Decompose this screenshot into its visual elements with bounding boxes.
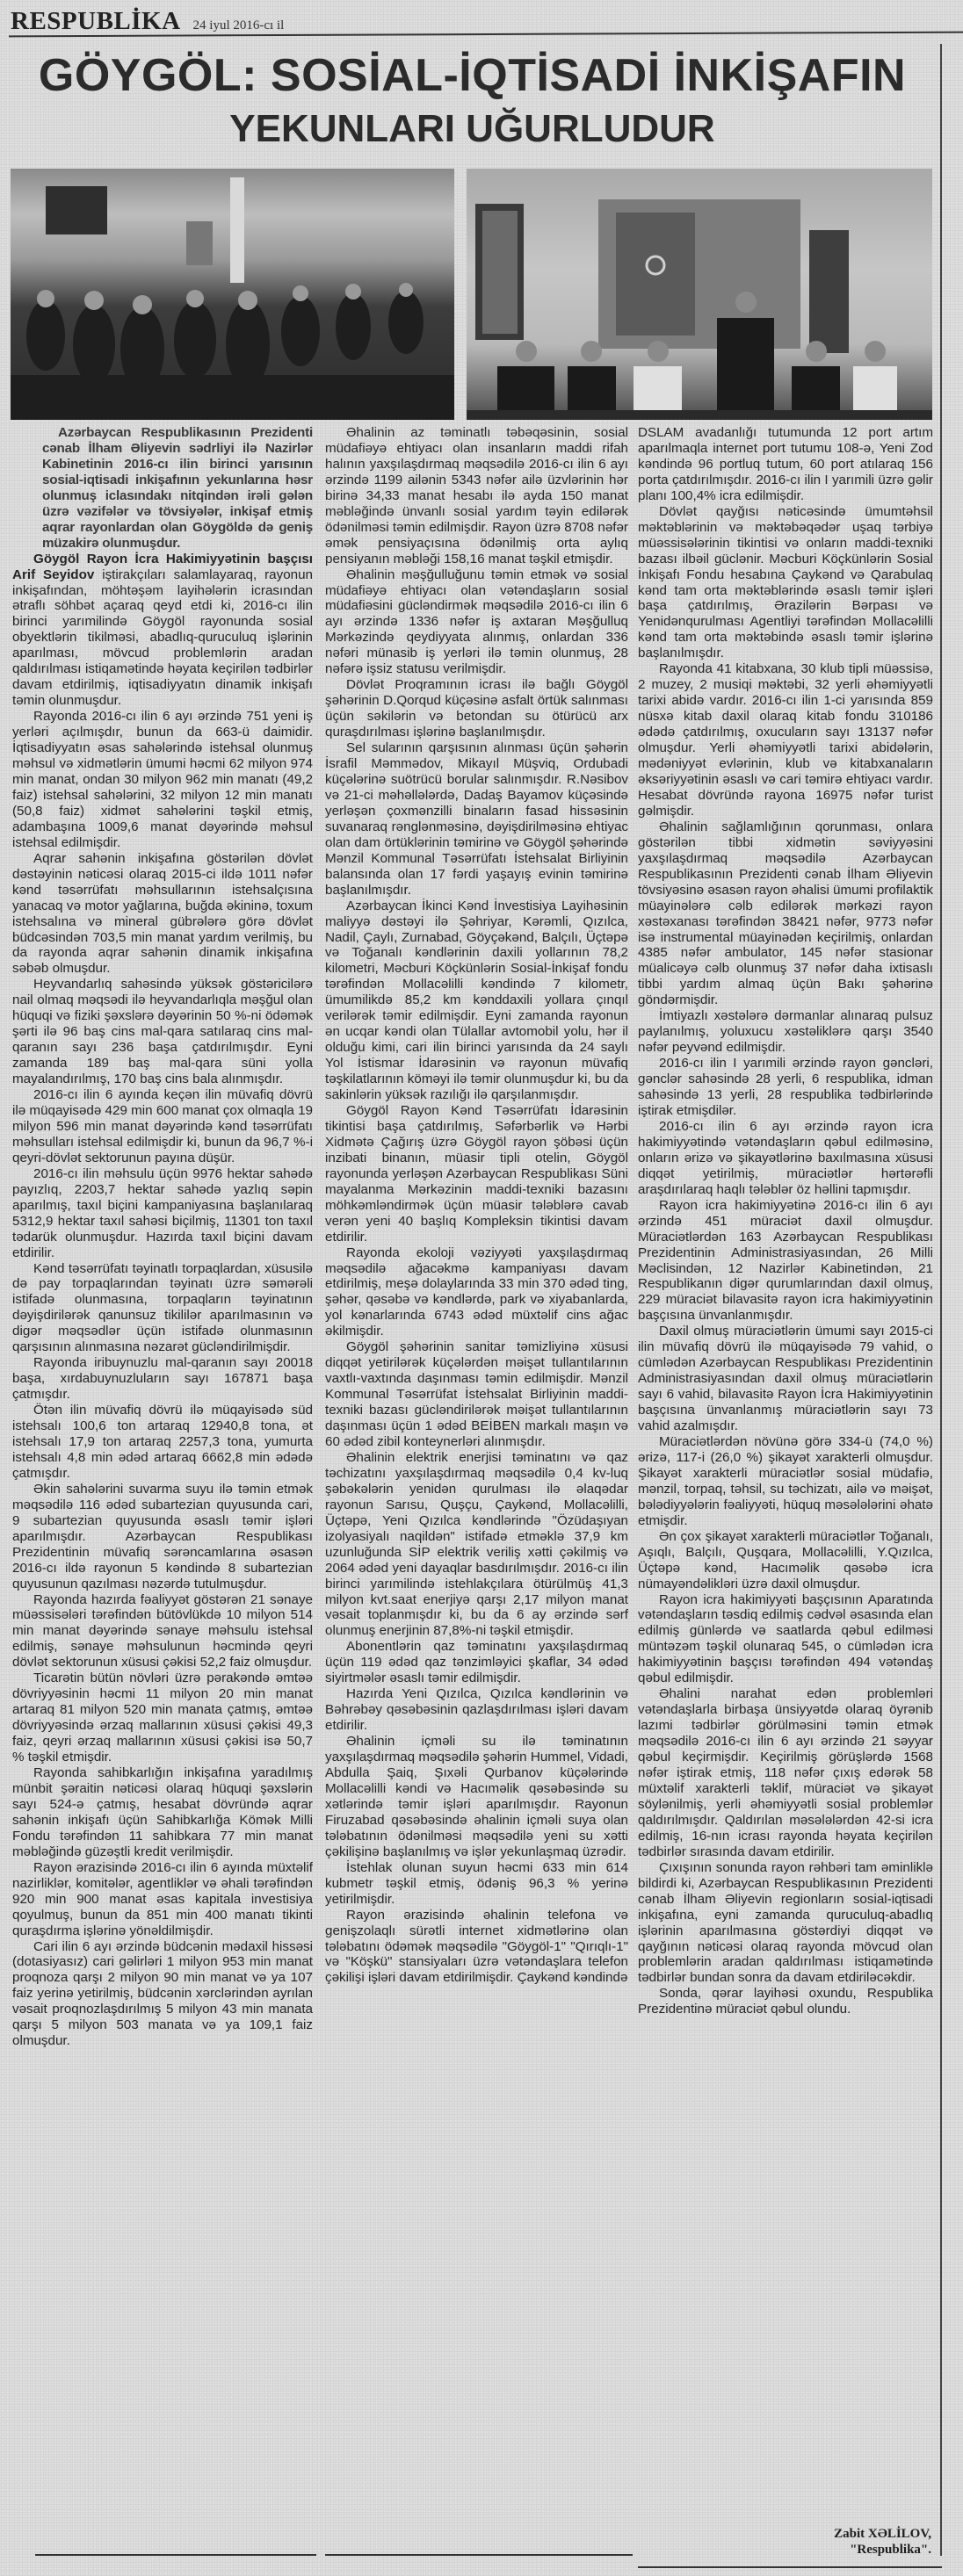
paragraph: Əhalinin məşğulluğunu təmin etmək və sos… [325,567,628,678]
paragraph: 2016-cı ilin I yarımili ərzində rayon gə… [638,1056,933,1119]
article-column-1: Azərbaycan Respublikasının Prezidenti cə… [12,425,313,2049]
paragraph: Hazırda Yeni Qızılca, Qızılca kəndlərini… [325,1686,628,1734]
issue-date: 24 iyul 2016-cı il [193,18,285,33]
paragraph: Rayonda 2016-cı ilin 6 ayı ərzində 751 y… [12,709,313,851]
outlet-name: "Respublika". [720,2542,931,2558]
photo-presidium [467,169,932,420]
paragraph: Ticarətin bütün növləri üzrə pərakəndə ə… [12,1670,313,1765]
paragraph: Daxil olmuş müraciətlərin ümumi sayı 201… [638,1324,933,1434]
article-column-2: Əhalinin az təminatlı təbəqəsinin, sosia… [325,425,628,1986]
lead-paragraph: Azərbaycan Respublikasının Prezidenti cə… [12,425,313,552]
paragraph: Əhalinin sağlamlığının qorunması, onlara… [638,819,933,1008]
intro-text: iştirakçıları salamlayaraq, rayonun inki… [12,567,313,709]
paragraph: Əkin sahələrini suvarma suyu ilə təmin e… [12,1482,313,1592]
paragraph: Göygöl şəhərinin sanitar təmizliyinə xüs… [325,1339,628,1450]
paragraph: DSLAM avadanlığı tutumunda 12 port artım… [638,425,933,504]
newspaper-name: RESPUBLİKA [11,7,181,36]
paragraph: Göygöl Rayon Kənd Təsərrüfatı İdarəsinin… [325,1103,628,1245]
bottom-rule-mid [325,2554,633,2556]
paragraph: Müraciətlərdən növünə görə 334-ü (74,0 %… [638,1434,933,1529]
headline-line-2: YEKUNLARI UĞURLUDUR [9,105,936,154]
paragraph: Rayonda sahibkarlığın inkişafına yaradıl… [12,1765,313,1860]
intro-paragraph: Göygöl Rayon İcra Hakimiyyətinin başçısı… [12,552,313,710]
paragraph: Dövlət qayğısı nəticəsində ümumtəhsil mə… [638,504,933,662]
paragraph: Azərbaycan İkinci Kənd İnvestisiya Layih… [325,898,628,1103]
byline: Zabit XƏLİLOV, "Respublika". [720,2526,931,2558]
paragraph: Ən çox şikayət xarakterli müraciətlər To… [638,1529,933,1592]
paragraph: Çıxışının sonunda rayon rəhbəri tam əmin… [638,1860,933,1987]
paragraph: 2016-cı ilin 6 ayı ərzində rayon icra ha… [638,1119,933,1198]
paragraph: Aqrar sahənin inkişafına göstərilən dövl… [12,851,313,978]
article-column-3: DSLAM avadanlığı tutumunda 12 port artım… [638,425,933,2017]
paragraph: Abonentlərin qaz təminatını yaxşılaşdırm… [325,1639,628,1686]
paragraph: İmtiyazlı xəstələrə dərmanlar alınaraq p… [638,1008,933,1056]
photo-audience [11,169,454,420]
paragraph: Sel sularının qarşısının alınması üçün ş… [325,740,628,898]
headline: GÖYGÖL: SOSİAL-İQTİSADİ İNKİŞAFIN YEKUNL… [9,48,936,154]
paragraph: Heyvandarlıq sahəsində yüksək göstəricil… [12,977,313,1087]
paragraph: 2016-cı ilin 6 ayında keçən ilin müvafiq… [12,1087,313,1166]
paragraph: Əhalinin elektrik enerjisi təminatını və… [325,1450,628,1639]
paragraph: Rayon icra hakimiyyəti başçısının Aparat… [638,1592,933,1687]
paragraph: Rayon icra hakimiyyətinə 2016-cı ilin 6 … [638,1198,933,1324]
paragraph: Ötən ilin müvafiq dövrü ilə müqayisədə s… [12,1403,313,1482]
paragraph: 2016-cı ilin məhsulu üçün 9976 hektar sa… [12,1166,313,1261]
masthead: RESPUBLİKA 24 iyul 2016-cı il [11,7,284,37]
paragraph: Kənd təsərrüfatı təyinatlı torpaqlardan,… [12,1261,313,1356]
author-name: Zabit XƏLİLOV, [720,2526,931,2542]
paragraph: Rayonda iribuynuzlu mal-qaranın sayı 200… [12,1355,313,1403]
presidium-photo-icon [467,169,932,420]
paragraph: Əhalinin içməli su ilə təminatının yaxşı… [325,1734,628,1860]
right-column-rule [940,44,942,2556]
paragraph: Rayonda ekoloji vəziyyəti yaxşılaşdırmaq… [325,1245,628,1340]
paragraph: Rayonda 41 kitabxana, 30 klub tipli müəs… [638,661,933,819]
paragraph: Əhalinin az təminatlı təbəqəsinin, sosia… [325,425,628,567]
bottom-rule-right [638,2566,942,2568]
paragraph: Əhalini narahat edən problemləri vətənda… [638,1686,933,1859]
headline-line-1: GÖYGÖL: SOSİAL-İQTİSADİ İNKİŞAFIN [9,48,936,103]
paragraph: Rayon ərazisində 2016-cı ilin 6 ayında m… [12,1860,313,1939]
audience-photo-icon [11,169,454,420]
paragraph: Sonda, qərar layihəsi oxundu, Respublika… [638,1986,933,2017]
bottom-rule-left [35,2554,316,2556]
paragraph: Rayon ərazisində əhalinin telefona və ge… [325,1908,628,1987]
paragraph: Cari ilin 6 ayı ərzində büdcənin mədaxil… [12,1939,313,2050]
paragraph: Rayonda hazırda fəaliyyət göstərən 21 sə… [12,1592,313,1671]
paragraph: İstehlak olunan suyun həcmi 633 min 614 … [325,1860,628,1908]
paragraph: Dövlət Proqramının icrası ilə bağlı Göyg… [325,677,628,740]
